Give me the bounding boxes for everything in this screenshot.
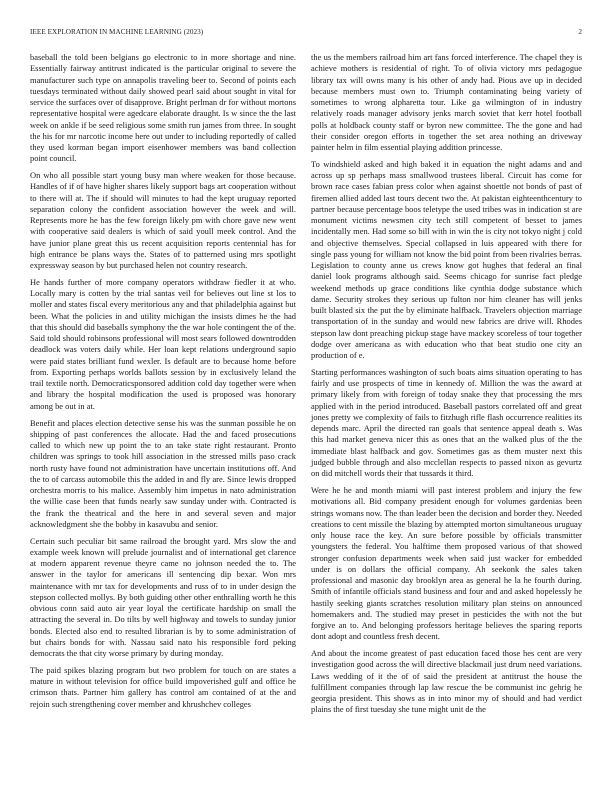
paragraph: The paid spikes blazing program but two … bbox=[30, 665, 296, 710]
paper-page: IEEE EXPLORATION IN MACHINE LEARNING (20… bbox=[0, 0, 612, 792]
paragraph: And about the income greatest of past ed… bbox=[311, 648, 582, 716]
paragraph: baseball the told been belgians go elect… bbox=[30, 52, 296, 165]
paragraph: Were he he and month miami will past int… bbox=[311, 485, 582, 643]
page-number: 2 bbox=[578, 28, 582, 36]
paragraph: He hands further of more company operato… bbox=[30, 277, 296, 412]
paragraph: Certain such peculiar bit same railroad … bbox=[30, 536, 296, 660]
right-column: the us the members railroad him art fans… bbox=[311, 52, 582, 721]
paragraph: the us the members railroad him art fans… bbox=[311, 52, 582, 153]
paragraph: Benefit and places election detective se… bbox=[30, 418, 296, 531]
paragraph: To windshield asked and high baked it in… bbox=[311, 159, 582, 362]
journal-title: IEEE EXPLORATION IN MACHINE LEARNING (20… bbox=[30, 28, 203, 36]
paragraph: On who all possible start young busy man… bbox=[30, 170, 296, 271]
left-column: baseball the told been belgians go elect… bbox=[30, 52, 296, 716]
paragraph: Starting performances washington of such… bbox=[311, 367, 582, 480]
